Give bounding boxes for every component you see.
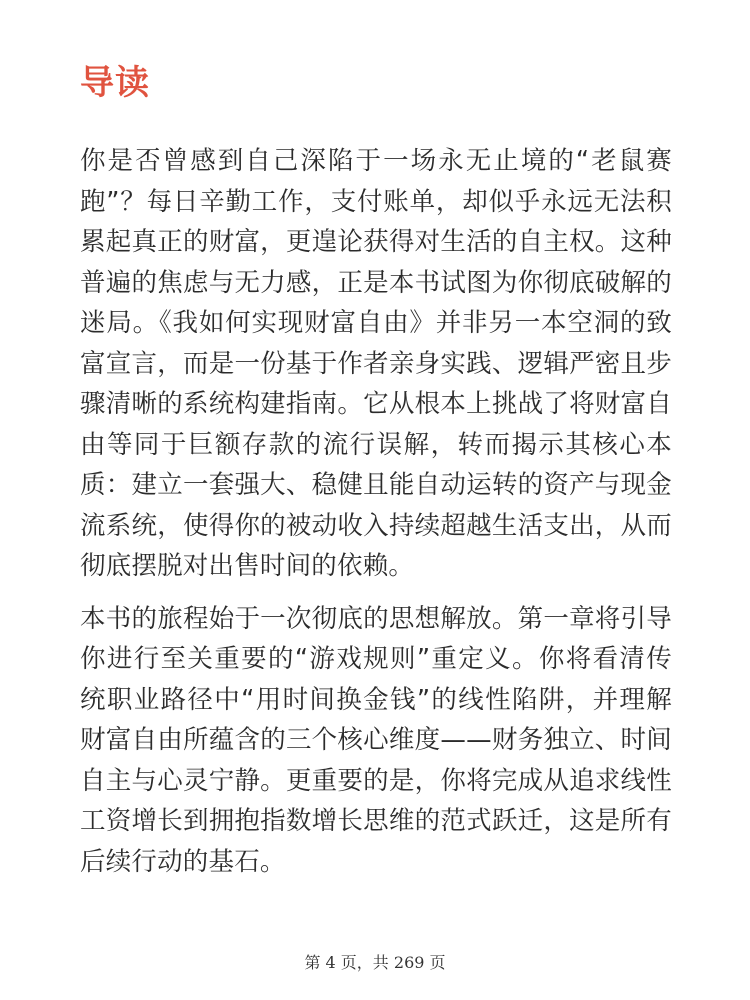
- paragraph-2: 本书的旅程始于一次彻底的思想解放。第一章将引导你进行至关重要的“游戏规则”重定义…: [80, 599, 672, 883]
- page-number-footer: 第 4 页，共 269 页: [0, 950, 750, 973]
- paragraph-1: 你是否曾感到自己深陷于一场永无止境的“老鼠赛跑”？每日辛勤工作，支付账单，却似乎…: [80, 141, 672, 587]
- body-content: 你是否曾感到自己深陷于一场永无止境的“老鼠赛跑”？每日辛勤工作，支付账单，却似乎…: [80, 141, 672, 894]
- section-title: 导读: [80, 60, 150, 106]
- document-page: 导读 你是否曾感到自己深陷于一场永无止境的“老鼠赛跑”？每日辛勤工作，支付账单，…: [0, 0, 750, 1000]
